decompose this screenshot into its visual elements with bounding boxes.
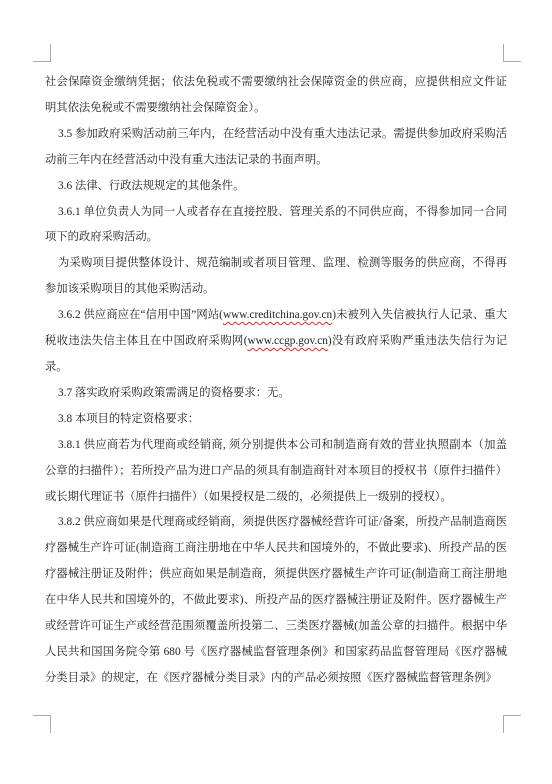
crop-mark-bottom-right bbox=[503, 715, 521, 733]
credit-china-url: www.creditchina.gov.cn bbox=[223, 309, 332, 321]
clause-3-6: 3.6 法律、行政法规规定的其他条件。 bbox=[45, 174, 507, 200]
clause-3-7: 3.7 落实政府采购政策需满足的资格要求：无。 bbox=[45, 381, 507, 407]
paragraph-social-security-continuation: 社会保障资金缴纳凭据；依法免税或不需要缴纳社会保障资金的供应商，应提供相应文件证… bbox=[45, 70, 507, 122]
clause-3-6-2: 3.6.2 供应商应在“信用中国”网站(www.creditchina.gov.… bbox=[45, 303, 507, 381]
document-body: 社会保障资金缴纳凭据；依法免税或不需要缴纳社会保障资金的供应商，应提供相应文件证… bbox=[45, 70, 507, 692]
clause-3-6-1-supplement: 为采购项目提供整体设计、规范编制或者项目管理、监理、检测等服务的供应商，不得再参… bbox=[45, 251, 507, 303]
clause-3-6-1: 3.6.1 单位负责人为同一人或者存在直接控股、管理关系的不同供应商，不得参加同… bbox=[45, 200, 507, 252]
crop-mark-top-left bbox=[33, 44, 51, 62]
clause-3-8-1: 3.8.1 供应商若为代理商或经销商, 须分别提供本公司和制造商有效的营业执照副… bbox=[45, 433, 507, 511]
clause-3-6-2-text-pre: 3.6.2 供应商应在“信用中国”网站( bbox=[58, 309, 223, 321]
clause-3-5: 3.5 参加政府采购活动前三年内，在经营活动中没有重大违法记录。需提供参加政府采… bbox=[45, 122, 507, 174]
clause-3-8: 3.8 本项目的特定资格要求： bbox=[45, 407, 507, 433]
crop-mark-bottom-left bbox=[33, 715, 51, 733]
document-page: 社会保障资金缴纳凭据；依法免税或不需要缴纳社会保障资金的供应商，应提供相应文件证… bbox=[0, 0, 552, 784]
ccgp-url: www.ccgp.gov.cn bbox=[247, 335, 327, 347]
crop-mark-top-right bbox=[503, 44, 521, 62]
clause-3-8-2: 3.8.2 供应商如果是代理商或经销商，须提供医疗器械经营许可证/备案，所投产品… bbox=[45, 510, 507, 691]
